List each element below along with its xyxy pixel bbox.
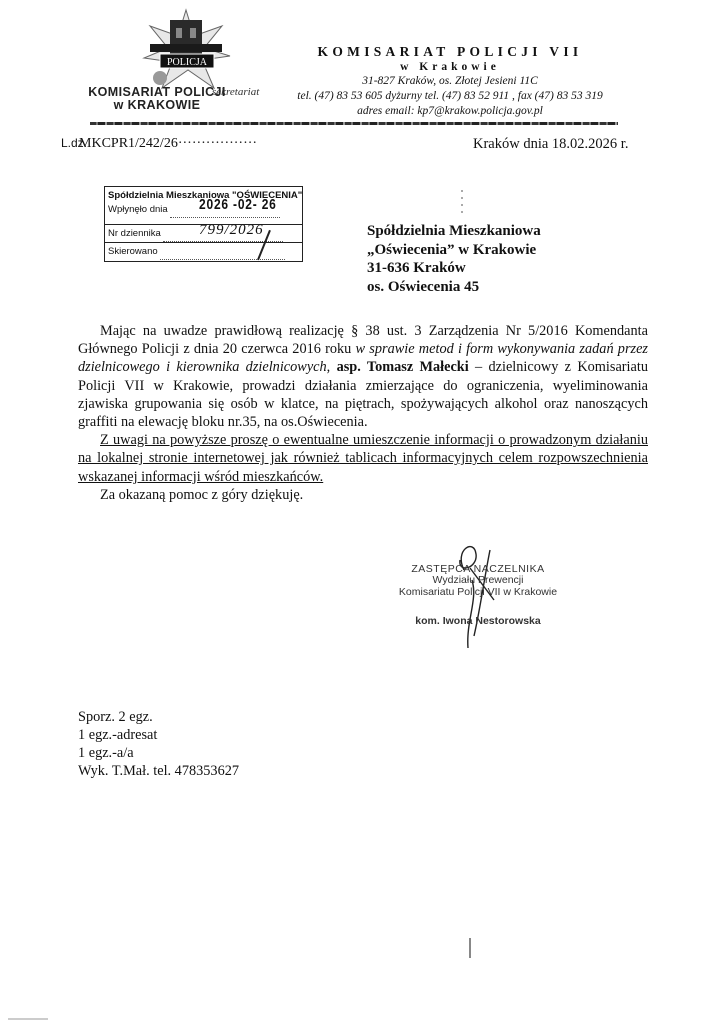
signatory-name: kom. Iwona Nestorowska bbox=[380, 615, 576, 627]
scan-artifact bbox=[8, 1018, 48, 1020]
body-paragraph-3: Za okazaną pomoc z góry dziękuję. bbox=[78, 486, 648, 504]
footer-line: Wyk. T.Mał. tel. 478353627 bbox=[78, 762, 239, 780]
institution-city: w Krakowie bbox=[250, 60, 650, 74]
footer-line: 1 egz.-a/a bbox=[78, 744, 239, 762]
receipt-stamp: Spółdzielnia Mieszkaniowa "OŚWIECENIA" W… bbox=[104, 186, 303, 262]
reference-value: MKCPR1/242/26 bbox=[79, 136, 178, 151]
directed-dots bbox=[160, 247, 285, 260]
addressee-block: Spółdzielnia Mieszkaniowa „Oświecenia” w… bbox=[367, 222, 541, 296]
institution-phones: tel. (47) 83 53 605 dyżurny tel. (47) 83… bbox=[250, 89, 650, 104]
scan-artifact bbox=[469, 938, 471, 958]
addressee-line: Spółdzielnia Mieszkaniowa bbox=[367, 222, 541, 241]
directed-label: Skierowano bbox=[108, 246, 158, 257]
svg-text:POLICJA: POLICJA bbox=[167, 57, 208, 68]
body-text: , bbox=[327, 359, 337, 375]
addressee-line: „Oświecenia” w Krakowie bbox=[367, 241, 541, 260]
footer-line: Sporz. 2 egz. bbox=[78, 708, 239, 726]
addressee-line: os. Oświecenia 45 bbox=[367, 278, 541, 297]
signature-unit: Komisariatu Policji VII w Krakowie bbox=[380, 586, 576, 598]
copies-note: Sporz. 2 egz. 1 egz.-adresat 1 egz.-a/a … bbox=[78, 708, 239, 780]
letter-date: Kraków dnia 18.02.2026 r. bbox=[473, 136, 628, 153]
letterhead-divider bbox=[90, 122, 618, 125]
received-date-value: 2026 -02- 26 bbox=[199, 196, 277, 213]
journal-label: Nr dziennika bbox=[108, 228, 161, 239]
institution-email: adres email: kp7@krakow.policja.gov.pl bbox=[250, 104, 650, 119]
footer-line: 1 egz.-adresat bbox=[78, 726, 239, 744]
received-label: Wpłynęło dnia bbox=[108, 204, 168, 215]
issuer-stamp-line2: w KRAKOWIE bbox=[62, 99, 252, 112]
journal-number-value: 799/2026 bbox=[199, 222, 264, 239]
reference-dots: ················· bbox=[178, 136, 257, 151]
signature-block: ZASTĘPCA NACZELNIKA Wydziału Prewencji K… bbox=[380, 564, 576, 627]
institution-address: 31-827 Kraków, os. Złotej Jesieni 11C bbox=[250, 74, 650, 89]
officer-name: asp. Tomasz Małecki bbox=[337, 359, 469, 375]
signature-department: Wydziału Prewencji bbox=[380, 575, 576, 586]
directed-row: Skierowano bbox=[105, 242, 302, 260]
letter-body: Mając na uwadze prawidłową realizację § … bbox=[78, 322, 648, 504]
letterhead: KOMISARIAT POLICJI VII w Krakowie 31-827… bbox=[250, 44, 650, 119]
scan-dots bbox=[461, 190, 463, 218]
addressee-line: 31-636 Kraków bbox=[367, 259, 541, 278]
reference-number: L.dz.MKCPR1/242/26················· bbox=[61, 136, 257, 152]
police-star-emblem-icon: POLICJA bbox=[140, 8, 232, 92]
body-paragraph-2: Z uwagi na powyższe proszę o ewentualne … bbox=[78, 431, 648, 486]
institution-name: KOMISARIAT POLICJI VII bbox=[250, 44, 650, 60]
body-paragraph-1: Mając na uwadze prawidłową realizację § … bbox=[78, 322, 648, 431]
